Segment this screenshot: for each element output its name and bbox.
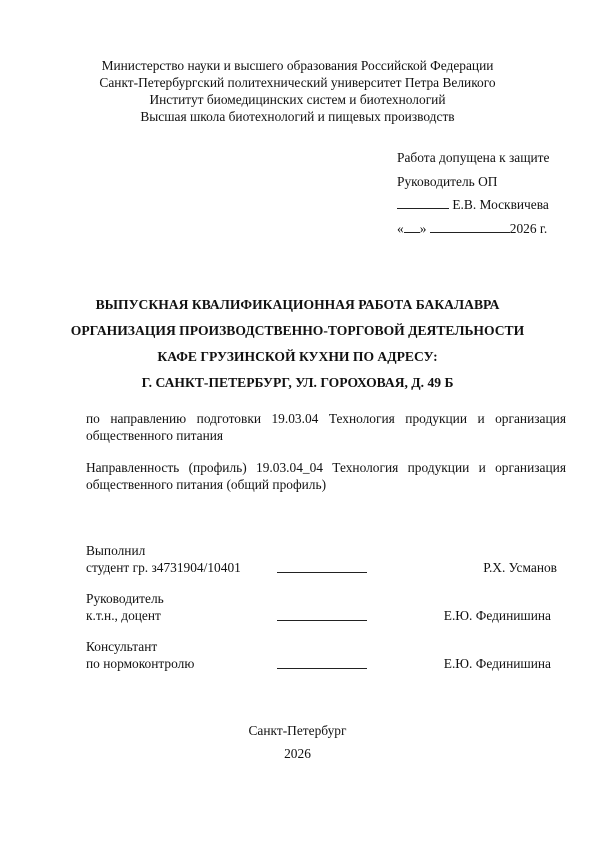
institution-header: Министерство науки и высшего образования… <box>0 57 595 125</box>
footer-year: 2026 <box>0 742 595 765</box>
direction-line-2: общественного питания <box>86 427 566 444</box>
title-line: ОРГАНИЗАЦИЯ ПРОИЗВОДСТВЕННО-ТОРГОВОЙ ДЕЯ… <box>0 318 595 344</box>
profile-line-2: общественного питания (общий профиль) <box>86 476 566 493</box>
ministry-line: Министерство науки и высшего образования… <box>0 57 595 74</box>
signature-role: Руководитель <box>86 590 566 607</box>
university-line: Санкт-Петербургский политехнический унив… <box>0 74 595 91</box>
footer-city: Санкт-Петербург <box>0 719 595 742</box>
signature-block-student: Выполнил студент гр. з4731904/10401 Р.Х.… <box>86 542 566 576</box>
school-line: Высшая школа биотехнологий и пищевых про… <box>0 108 595 125</box>
approval-signatory: Е.В. Москвичева <box>452 197 548 212</box>
date-open-quote: « <box>397 221 404 236</box>
approval-date-line: «» 2026 г. <box>397 217 549 241</box>
profile-paragraph: Направленность (профиль) 19.03.04_04 Тех… <box>86 459 566 493</box>
date-close-quote: » <box>420 221 427 236</box>
signature-detail: к.т.н., доцент <box>86 607 161 624</box>
signature-name: Е.Ю. Фединишина <box>444 655 551 672</box>
title-line: ВЫПУСКНАЯ КВАЛИФИКАЦИОННАЯ РАБОТА БАКАЛА… <box>0 292 595 318</box>
day-blank <box>404 220 420 233</box>
institute-line: Институт биомедицинских систем и биотехн… <box>0 91 595 108</box>
signature-blank <box>277 572 367 573</box>
signature-detail: студент гр. з4731904/10401 <box>86 559 241 576</box>
direction-paragraph: по направлению подготовки 19.03.04 Техно… <box>86 410 566 444</box>
signature-block-supervisor: Руководитель к.т.н., доцент Е.Ю. Фединиш… <box>86 590 566 624</box>
signature-block-consultant: Консультант по нормоконтролю Е.Ю. Федини… <box>86 638 566 672</box>
direction-line-1: по направлению подготовки 19.03.04 Техно… <box>86 410 566 427</box>
signature-detail: по нормоконтролю <box>86 655 194 672</box>
signature-blank <box>277 620 367 621</box>
title-line: КАФЕ ГРУЗИНСКОЙ КУХНИ ПО АДРЕСУ: <box>0 344 595 370</box>
approval-year: 2026 г. <box>510 221 547 236</box>
approval-role: Руководитель ОП <box>397 170 549 194</box>
month-blank <box>430 220 510 233</box>
signature-name: Р.Х. Усманов <box>483 559 557 576</box>
thesis-title: ВЫПУСКНАЯ КВАЛИФИКАЦИОННАЯ РАБОТА БАКАЛА… <box>0 292 595 396</box>
approval-status: Работа допущена к защите <box>397 146 549 170</box>
signature-blank <box>277 668 367 669</box>
page-footer: Санкт-Петербург 2026 <box>0 719 595 765</box>
profile-line-1: Направленность (профиль) 19.03.04_04 Тех… <box>86 459 566 476</box>
signature-blank <box>397 196 449 209</box>
approval-block: Работа допущена к защите Руководитель ОП… <box>397 146 549 240</box>
signature-role: Консультант <box>86 638 566 655</box>
approval-signature-line: Е.В. Москвичева <box>397 193 549 217</box>
signature-name: Е.Ю. Фединишина <box>444 607 551 624</box>
signature-role: Выполнил <box>86 542 566 559</box>
title-line: Г. САНКТ-ПЕТЕРБУРГ, УЛ. ГОРОХОВАЯ, Д. 49… <box>0 370 595 396</box>
